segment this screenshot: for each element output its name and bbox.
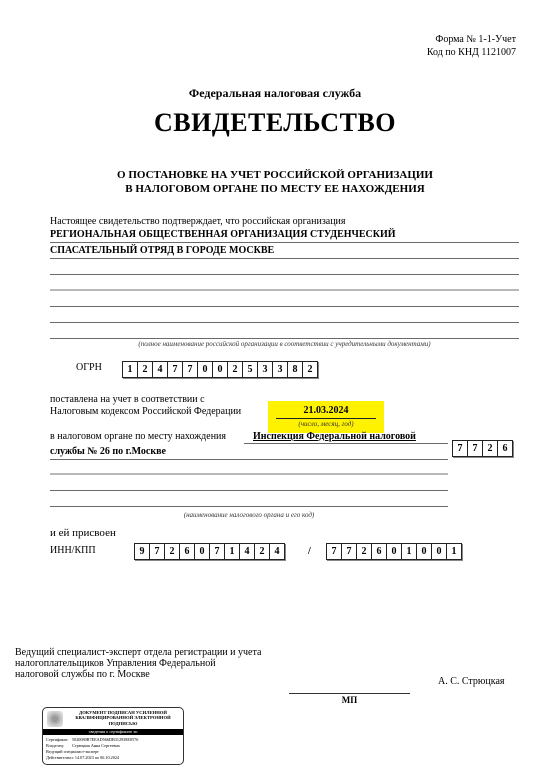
digit-cell: 0	[213, 362, 228, 377]
digit-cell: 6	[372, 544, 387, 559]
state-emblem-icon	[47, 711, 63, 727]
digit-cell: 4	[240, 544, 255, 559]
line	[244, 443, 448, 444]
line	[50, 289, 519, 291]
tax-authority-code-field: 7726	[452, 440, 513, 457]
stamp-certificate-row: Сертификат:5020080B7EEAD566DB312938E0576	[46, 737, 138, 742]
intro-text: Настоящее свидетельство подтверждает, чт…	[50, 216, 346, 227]
stamp-header: ДОКУМЕНТ ПОДПИСАН УСИЛЕННОЙ КВАЛИФИЦИРОВ…	[65, 710, 181, 726]
owner-value: Стрюцкая Анна Сергеевна	[72, 743, 120, 748]
digit-cell: 2	[138, 362, 153, 377]
digit-cell: 6	[180, 544, 195, 559]
digit-cell: 7	[183, 362, 198, 377]
ogrn-label: ОГРН	[76, 362, 102, 373]
stamp-owner-row: Владелец:Стрюцкая Анна Сергеевна	[46, 743, 120, 748]
owner-label: Владелец:	[46, 743, 72, 748]
line	[50, 242, 519, 243]
inn-field: 9726071424	[134, 543, 285, 560]
digit-cell: 1	[447, 544, 461, 559]
signature-line	[289, 693, 410, 694]
line	[50, 306, 519, 307]
digit-cell: 3	[258, 362, 273, 377]
stamp-role: Ведущий специалист-эксперт	[46, 749, 99, 754]
digit-cell: 7	[468, 441, 483, 456]
certificate-value: 5020080B7EEAD566DB312938E0576	[72, 737, 138, 742]
document-title: СВИДЕТЕЛЬСТВО	[0, 108, 550, 138]
digit-cell: 1	[225, 544, 240, 559]
ogrn-field: 1247700253382	[122, 361, 318, 378]
certificate-label: Сертификат:	[46, 737, 72, 742]
digit-cell: 7	[150, 544, 165, 559]
tax-authority-caption: (наименование налогового органа и его ко…	[50, 511, 448, 519]
digit-cell: 9	[135, 544, 150, 559]
digit-cell: 7	[453, 441, 468, 456]
line	[50, 506, 448, 507]
signatory-name: А. С. Стрюцкая	[438, 676, 505, 687]
digit-cell: 2	[357, 544, 372, 559]
digit-cell: 7	[342, 544, 357, 559]
form-number: Форма № 1-1-Учет	[435, 34, 516, 45]
digit-cell: 6	[498, 441, 512, 456]
stamp-validity-row: Действителен:с 14.07.2023 по 06.10.2024	[46, 755, 119, 760]
knd-code: Код по КНД 1121007	[427, 47, 516, 58]
signatory-position-line-3: налоговой службы по г. Москве	[15, 669, 150, 680]
line	[50, 459, 448, 460]
signatory-position-line-2: налогоплательщиков Управления Федерально…	[15, 658, 216, 669]
subtitle-line-2: В НАЛОГОВОМ ОРГАНЕ ПО МЕСТУ ЕЕ НАХОЖДЕНИ…	[0, 183, 550, 195]
kpp-field: 772601001	[326, 543, 462, 560]
seal-label: МП	[289, 695, 410, 705]
valid-value: с 14.07.2023 по 06.10.2024	[72, 755, 119, 760]
assigned-text: и ей присвоен	[50, 527, 116, 539]
digit-cell: 4	[153, 362, 168, 377]
signatory-position-line-1: Ведущий специалист-эксперт отдела регист…	[15, 647, 261, 658]
subtitle-line-1: О ПОСТАНОВКЕ НА УЧЕТ РОССИЙСКОЙ ОРГАНИЗА…	[0, 169, 550, 181]
digit-cell: 1	[402, 544, 417, 559]
digit-cell: 0	[198, 362, 213, 377]
registration-date: 21.03.2024	[268, 405, 384, 416]
tax-authority-name-line-2: службы № 26 по г.Москве	[50, 446, 166, 457]
line	[50, 338, 519, 339]
digit-cell: 7	[168, 362, 183, 377]
line	[276, 418, 376, 419]
digit-cell: 2	[483, 441, 498, 456]
digit-cell: 2	[228, 362, 243, 377]
digit-cell: 5	[243, 362, 258, 377]
organization-name-line-2: СПАСАТЕЛЬНЫЙ ОТРЯД В ГОРОДЕ МОСКВЕ	[50, 245, 274, 256]
digit-cell: 2	[165, 544, 180, 559]
registration-text-line-2: Налоговым кодексом Российской Федерации	[50, 406, 241, 417]
line	[50, 490, 448, 491]
inn-kpp-label: ИНН/КПП	[50, 545, 96, 556]
organization-name-line-1: РЕГИОНАЛЬНАЯ ОБЩЕСТВЕННАЯ ОРГАНИЗАЦИЯ СТ…	[50, 229, 396, 240]
date-caption: (число, месяц, год)	[268, 420, 384, 428]
line	[50, 258, 519, 259]
digit-cell: 0	[387, 544, 402, 559]
digit-cell: 8	[288, 362, 303, 377]
digit-cell: 2	[255, 544, 270, 559]
tax-authority-name-line-1: Инспекция Федеральной налоговой	[253, 431, 416, 442]
issuer: Федеральная налоговая служба	[0, 86, 550, 101]
digit-cell: 7	[327, 544, 342, 559]
digit-cell: 0	[417, 544, 432, 559]
digit-cell: 2	[303, 362, 317, 377]
digit-cell: 0	[432, 544, 447, 559]
digit-cell: 4	[270, 544, 284, 559]
e-signature-stamp: ДОКУМЕНТ ПОДПИСАН УСИЛЕННОЙ КВАЛИФИЦИРОВ…	[42, 707, 184, 765]
inn-kpp-separator: /	[308, 546, 311, 557]
digit-cell: 7	[210, 544, 225, 559]
digit-cell: 0	[195, 544, 210, 559]
tax-authority-prefix: в налоговом органе по месту нахождения	[50, 431, 226, 442]
line	[50, 322, 519, 323]
line	[50, 274, 519, 275]
valid-label: Действителен:	[46, 755, 72, 760]
registration-text-line-1: поставлена на учет в соответствии с	[50, 394, 205, 405]
digit-cell: 1	[123, 362, 138, 377]
stamp-certificate-bar: сведения о сертификате эп	[43, 729, 183, 735]
digit-cell: 3	[273, 362, 288, 377]
organization-name-caption: (полное наименование российской организа…	[50, 340, 519, 348]
line	[50, 473, 448, 475]
